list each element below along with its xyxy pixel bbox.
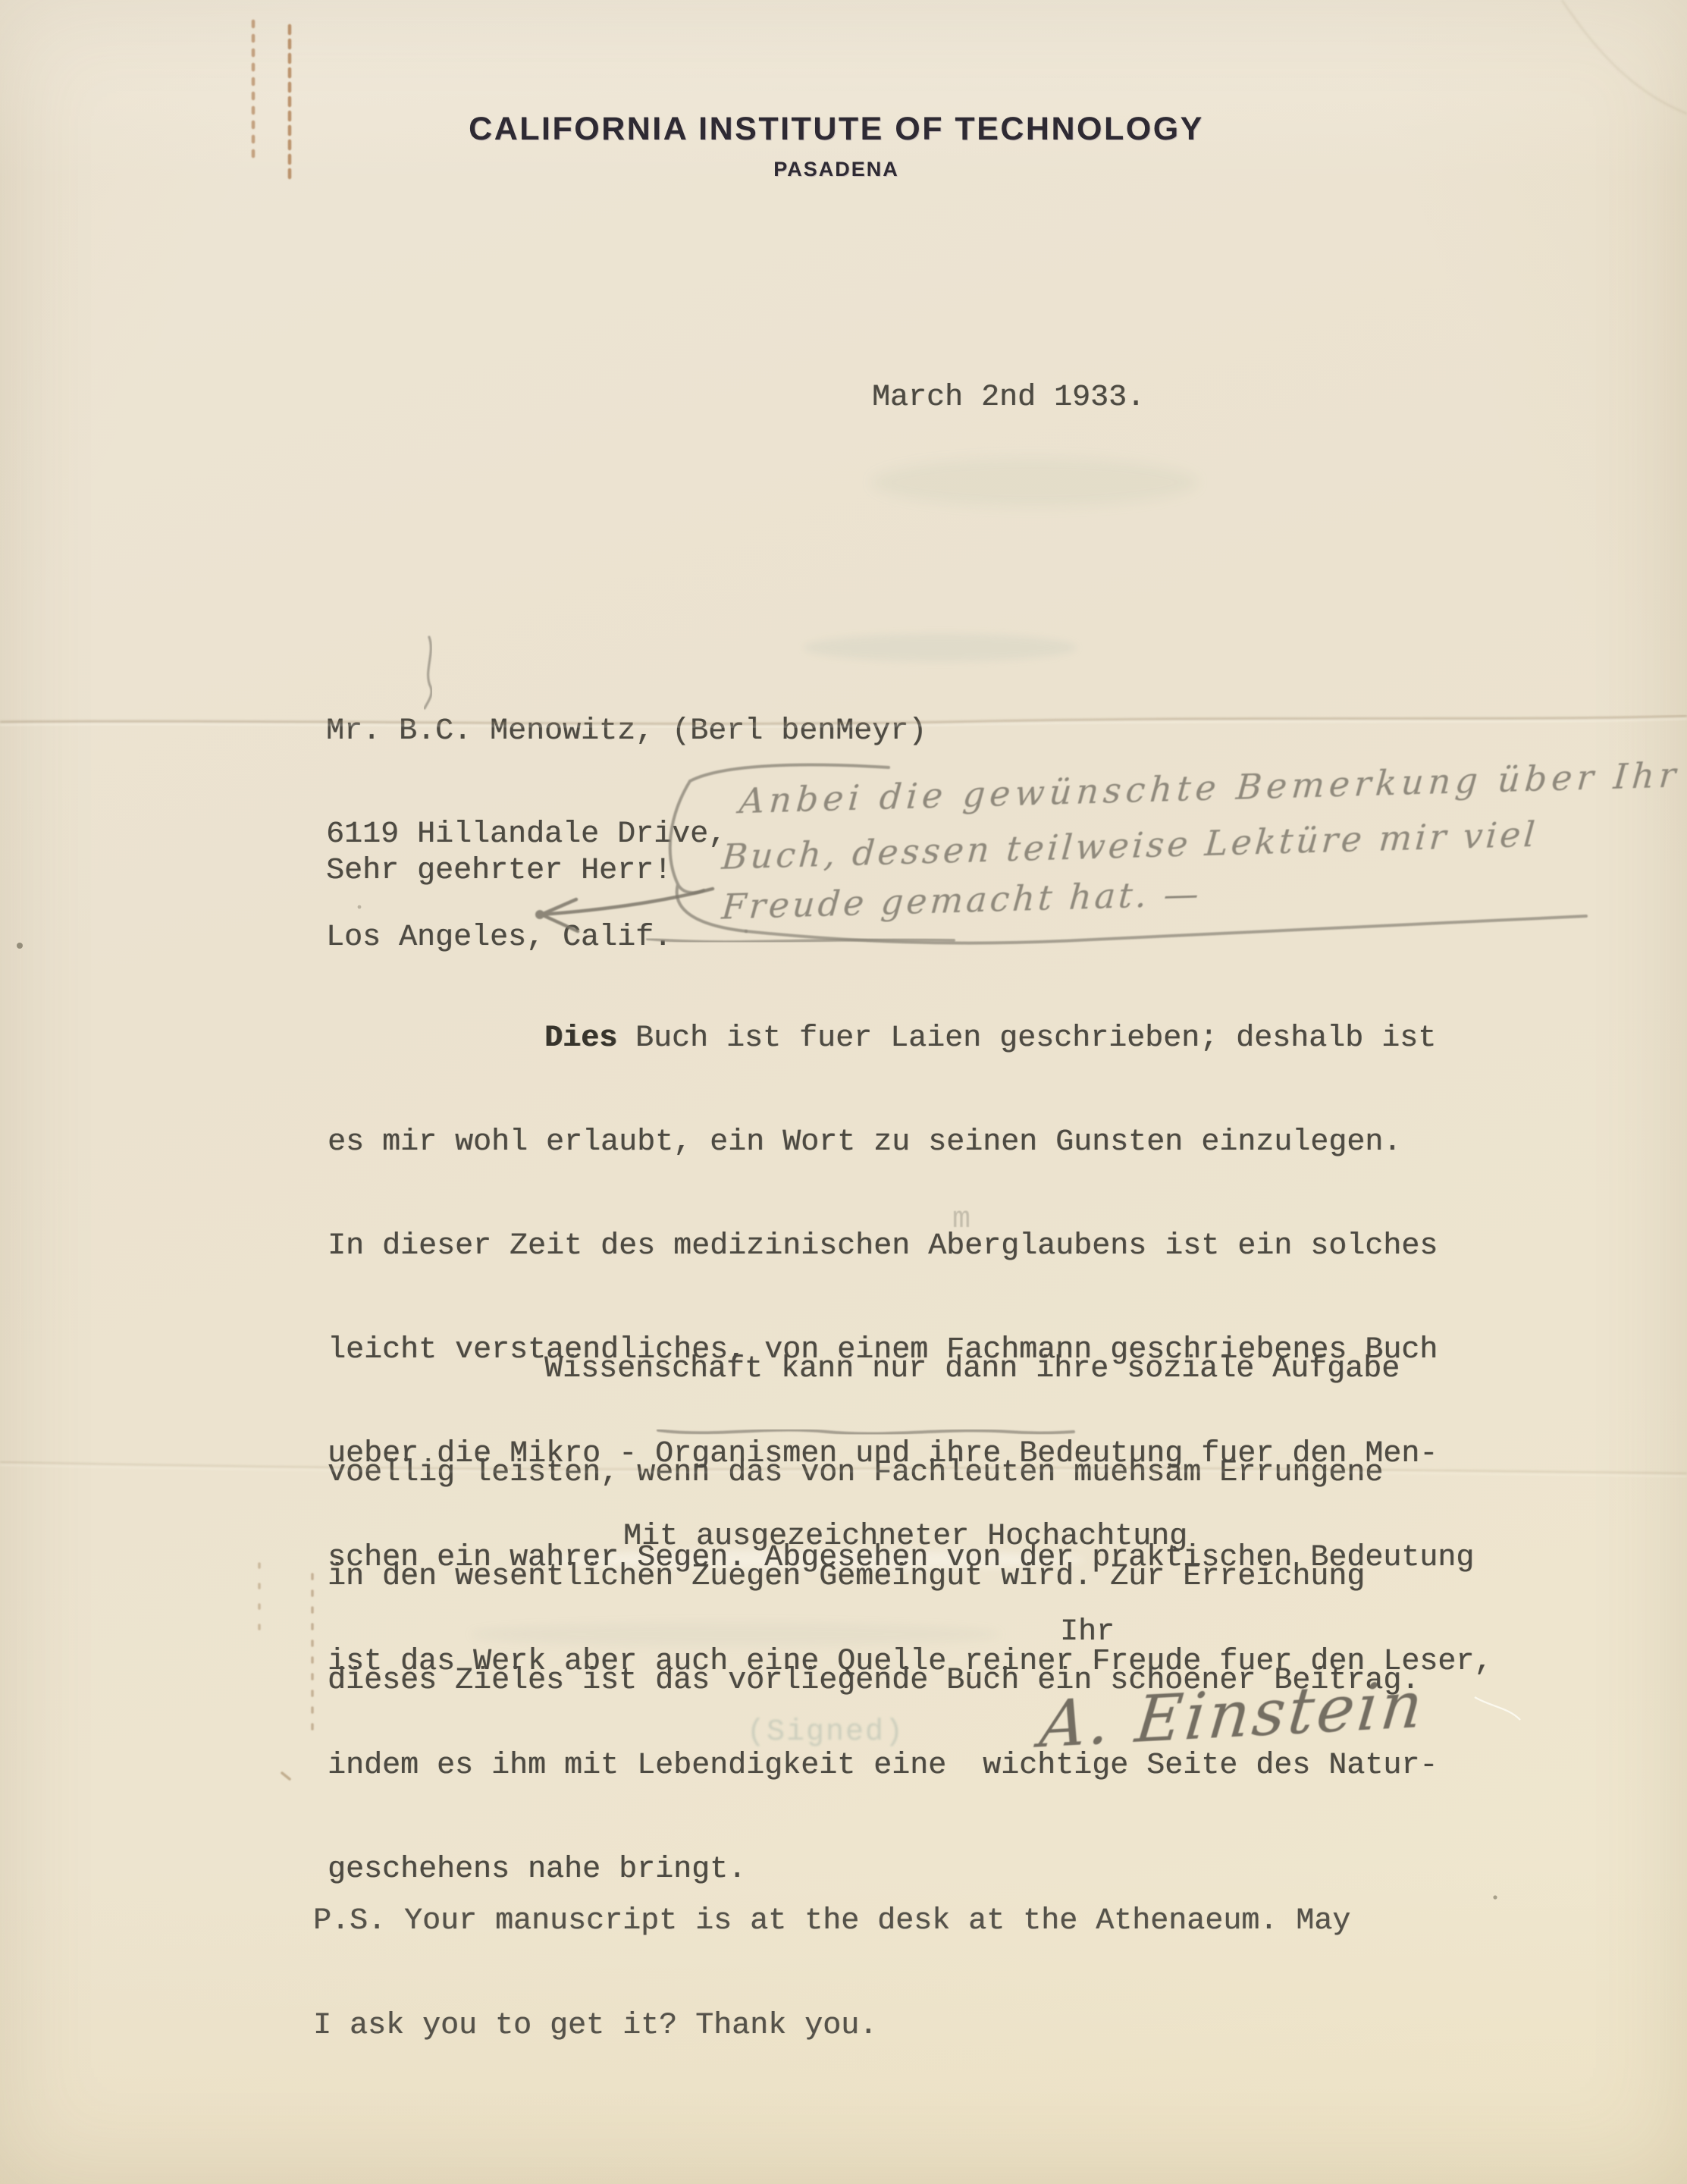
body-line: Wissenschaft kann nur dann ihre soziale …	[328, 1351, 1419, 1387]
letterhead-institution: CALIFORNIA INSTITUTE OF TECHNOLOGY	[0, 111, 1673, 148]
postscript: P.S. Your manuscript is at the desk at t…	[313, 1835, 1350, 2113]
rust-stain-lower	[259, 1564, 312, 1779]
recipient-city: Los Angeles, Calif.	[326, 921, 927, 955]
salutation: Sehr geehrter Herr!	[326, 854, 672, 888]
ps-line-1: P.S. Your manuscript is at the desk at t…	[313, 1903, 1350, 1940]
ps-line-2: I ask you to get it? Thank you.	[313, 2008, 1350, 2044]
body-line-rest: Buch ist fuer Laien geschrieben; deshalb…	[617, 1021, 1436, 1056]
erased-letter-ghost: m	[952, 1203, 970, 1237]
lead-word: Dies	[544, 1021, 617, 1056]
body-line: in den wesentlichen Zuegen Gemeingut wir…	[328, 1559, 1419, 1595]
body-line: es mir wohl erlaubt, ein Wort zu seinen …	[328, 1125, 1492, 1160]
letterhead: CALIFORNIA INSTITUTE OF TECHNOLOGY PASAD…	[0, 111, 1673, 181]
ghost-signed-label: (Signed)	[747, 1715, 905, 1749]
body-line: Dies Buch ist fuer Laien geschrieben; de…	[328, 1021, 1492, 1056]
date-line: March 2nd 1933.	[872, 381, 1145, 415]
letter-page: CALIFORNIA INSTITUTE OF TECHNOLOGY PASAD…	[0, 0, 1687, 2184]
body-line: voellig leisten, wenn das von Fachleuten…	[328, 1455, 1419, 1491]
recipient-name: Mr. B.C. Menowitz, (Berl benMeyr)	[326, 714, 927, 749]
letterhead-city: PASADENA	[0, 158, 1673, 181]
valediction: Mit ausgezeichneter Hochachtung	[623, 1520, 1187, 1554]
bleed-through-smudge	[872, 458, 1198, 507]
closing-pronoun: Ihr	[1060, 1615, 1115, 1649]
body-line: In dieser Zeit des medizinischen Abergla…	[328, 1228, 1492, 1264]
